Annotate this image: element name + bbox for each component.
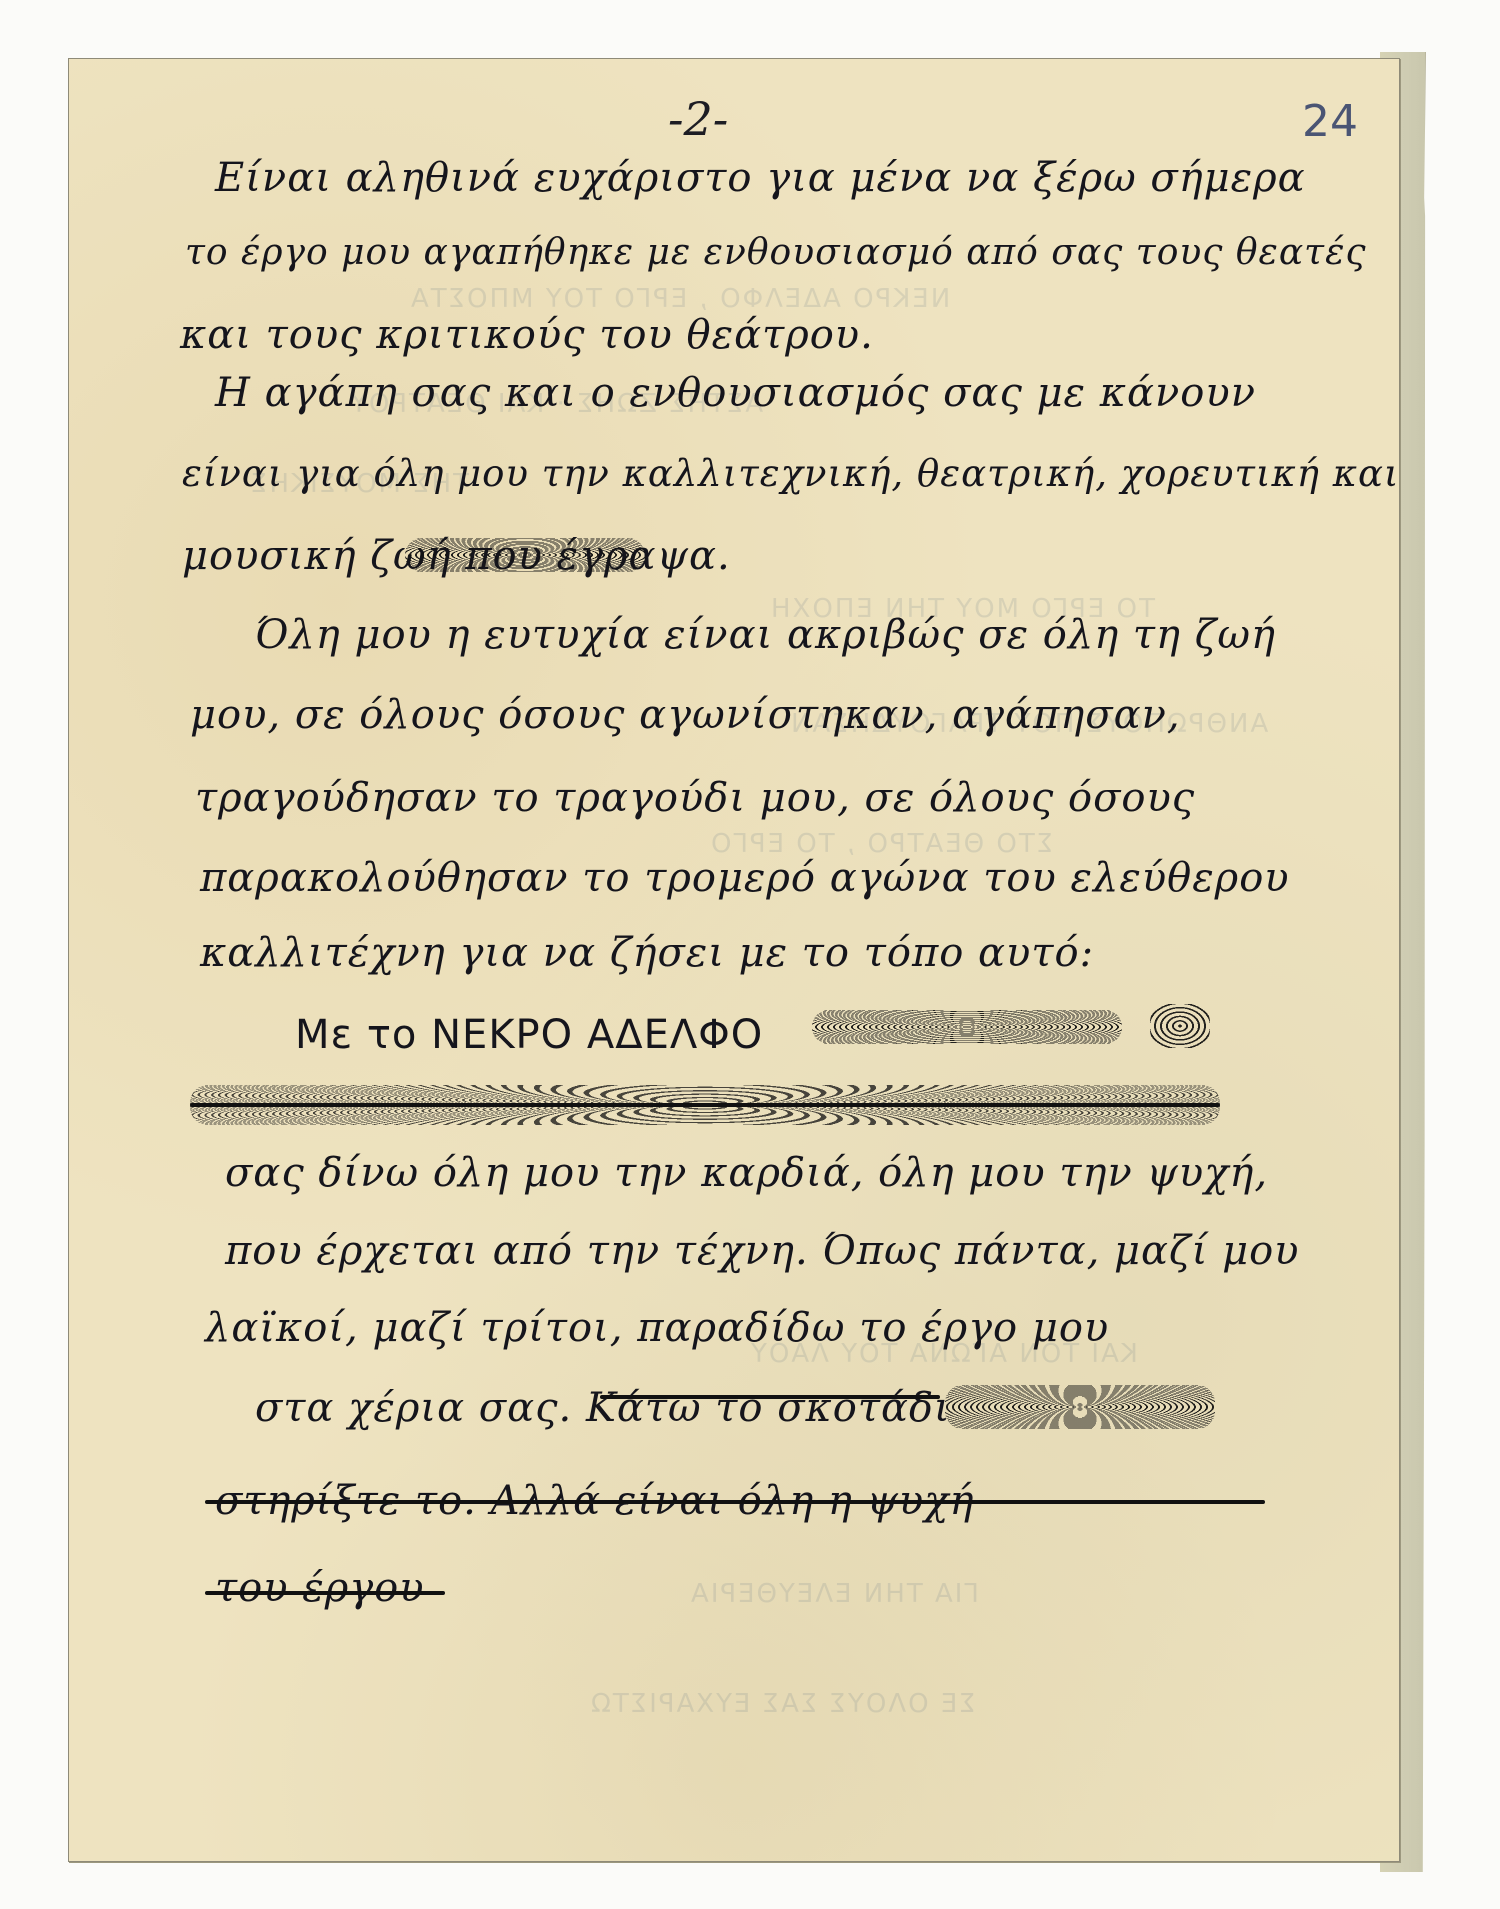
manuscript-line: μου, σε όλους όσους αγωνίστηκαν, αγάπησα… [190, 692, 1181, 738]
manuscript-line: Είναι αληθινά ευχάριστο για μένα να ξέρω… [215, 155, 1306, 201]
strikethrough-line [205, 1500, 1265, 1504]
manuscript-line: που έρχεται από την τέχνη. Όπως πάντα, μ… [225, 1228, 1300, 1274]
showthrough-text: ΣΕ ΟΛΟΥΣ ΣΑΣ ΕΥΧΑΡΙΣΤΩ [589, 1689, 976, 1719]
showthrough-text: ΓΙΑ ΤΗΝ ΕΛΕΥΘΕΡΙΑ [689, 1579, 979, 1609]
strikethrough-line [205, 1591, 445, 1595]
manuscript-line-title: Με το ΝΕΚΡΟ ΑΔΕΛΦΟ [295, 1012, 763, 1058]
strikethrough-line [600, 1395, 940, 1399]
manuscript-line: παρακολούθησαν το τρομερό αγώνα του ελεύ… [200, 855, 1290, 901]
manuscript-line: στα χέρια σας. Κάτω το σκοτάδι [255, 1385, 951, 1431]
scribbled-deletion [945, 1385, 1215, 1429]
manuscript-line: Η αγάπη σας και ο ενθουσιασμός σας με κά… [215, 370, 1256, 416]
manuscript-line-struck: του έργου [215, 1565, 425, 1611]
manuscript-line: το έργο μου αγαπήθηκε με ενθουσιασμό από… [185, 232, 1367, 273]
folio-number: 24 [1302, 96, 1358, 147]
manuscript-line: λαϊκοί, μαζί τρίτοι, παραδίδω το έργο μο… [205, 1305, 1109, 1351]
showthrough-text: ΝΕΚΡΟ ΑΔΕΛΦΟ , ΕΡΓΟ ΤΟΥ ΜΠΟΣΤΑ [409, 284, 950, 314]
manuscript-line: και τους κριτικούς του θεάτρου. [180, 312, 874, 358]
strikethrough-line [190, 1103, 1220, 1107]
page-marker: -2- [668, 92, 728, 146]
manuscript-line: είναι για όλη μου την καλλιτεχνική, θεατ… [182, 452, 1399, 495]
manuscript-line: Όλη μου η ευτυχία είναι ακριβώς σε όλη τ… [255, 612, 1276, 658]
manuscript-line: σας δίνω όλη μου την καρδιά, όλη μου την… [225, 1150, 1268, 1196]
scribbled-deletion [1150, 1004, 1210, 1048]
manuscript-line: τραγούδησαν το τραγούδι μου, σε όλους όσ… [195, 775, 1195, 821]
scribbled-deletion [405, 538, 645, 572]
manuscript-line: καλλιτέχνη για να ζήσει με το τόπο αυτό: [200, 930, 1094, 976]
scribbled-deletion [812, 1010, 1122, 1044]
